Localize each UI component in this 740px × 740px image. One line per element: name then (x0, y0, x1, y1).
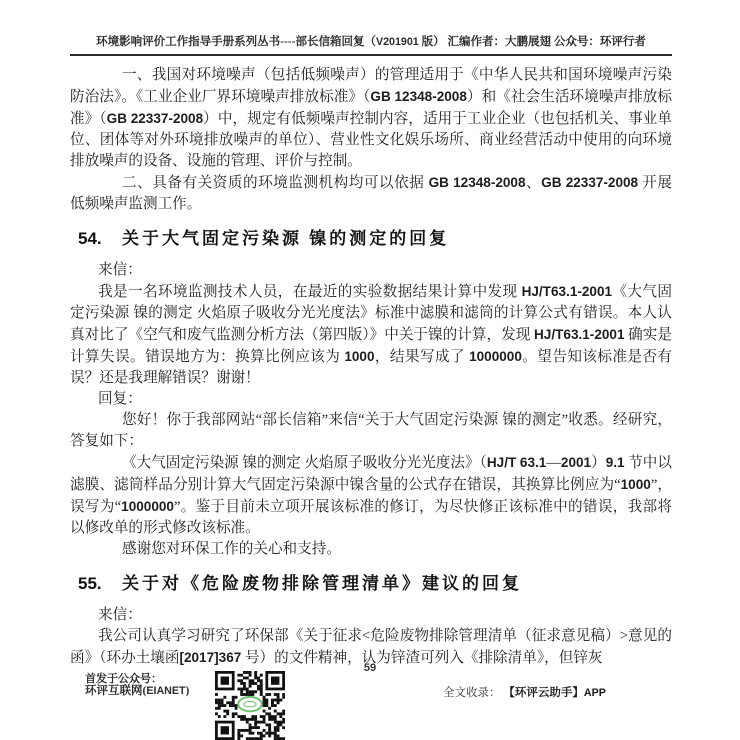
page-body: 一、我国对环境噪声（包括低频噪声）的管理适用于《中华人民共和国环境噪声污染防治法… (70, 65, 672, 669)
document-page: 环境影响评价工作指导手册系列丛书----部长信箱回复（V201901 版） 汇编… (0, 0, 740, 740)
section-title: 关于大气固定污染源 镍的测定的回复 (122, 228, 449, 250)
qr-code (215, 671, 285, 740)
paragraph-noise-1: 一、我国对环境噪声（包括低频噪声）的管理适用于《中华人民共和国环境噪声污染防治法… (70, 65, 672, 172)
page-header: 环境影响评价工作指导手册系列丛书----部长信箱回复（V201901 版） 汇编… (70, 33, 672, 56)
qr-code-image (215, 671, 285, 740)
paragraph-reply-54c: 感谢您对环保工作的关心和支持。 (70, 539, 672, 560)
letter-label: 来信： (70, 605, 672, 626)
section-heading-54: 54. 关于大气固定污染源 镍的测定的回复 (70, 228, 672, 250)
reply-label: 回复： (70, 389, 672, 410)
paragraph-reply-54b: 《大气固定污染源 镍的测定 火焰原子吸收分光光度法》（HJ/T 63.1—200… (70, 452, 672, 539)
paragraph-noise-2: 二、具备有关资质的环境监测机构均可以依据 GB 12348-2008、GB 22… (70, 172, 672, 215)
footer-collection-label: 全文收录： (443, 687, 501, 699)
section-number: 55. (70, 573, 122, 595)
section-title: 关于对《危险废物排除管理清单》建议的回复 (122, 573, 522, 595)
footer-publisher: 首发于公众号： 环评互联网(EIANET) (85, 674, 189, 697)
letter-label: 来信： (70, 260, 672, 281)
header-title: 环境影响评价工作指导手册系列丛书----部长信箱回复（V201901 版） 汇编… (96, 36, 646, 48)
section-heading-55: 55. 关于对《危险废物排除管理清单》建议的回复 (70, 573, 672, 595)
footer-collection: 全文收录： 【环评云助手】APP (443, 684, 606, 700)
footer-publisher-line2: 环评互联网(EIANET) (85, 686, 189, 698)
footer-collection-value: 【环评云助手】APP (503, 687, 605, 699)
paragraph-reply-54a: 您好！你于我部网站“部长信箱”来信“关于大气固定污染源 镍的测定”收悉。经研究，… (70, 410, 672, 452)
paragraph-letter-54: 我是一名环境监测技术人员，在最近的实验数据结果计算中发现 HJ/T63.1-20… (70, 281, 672, 389)
section-number: 54. (70, 228, 122, 250)
